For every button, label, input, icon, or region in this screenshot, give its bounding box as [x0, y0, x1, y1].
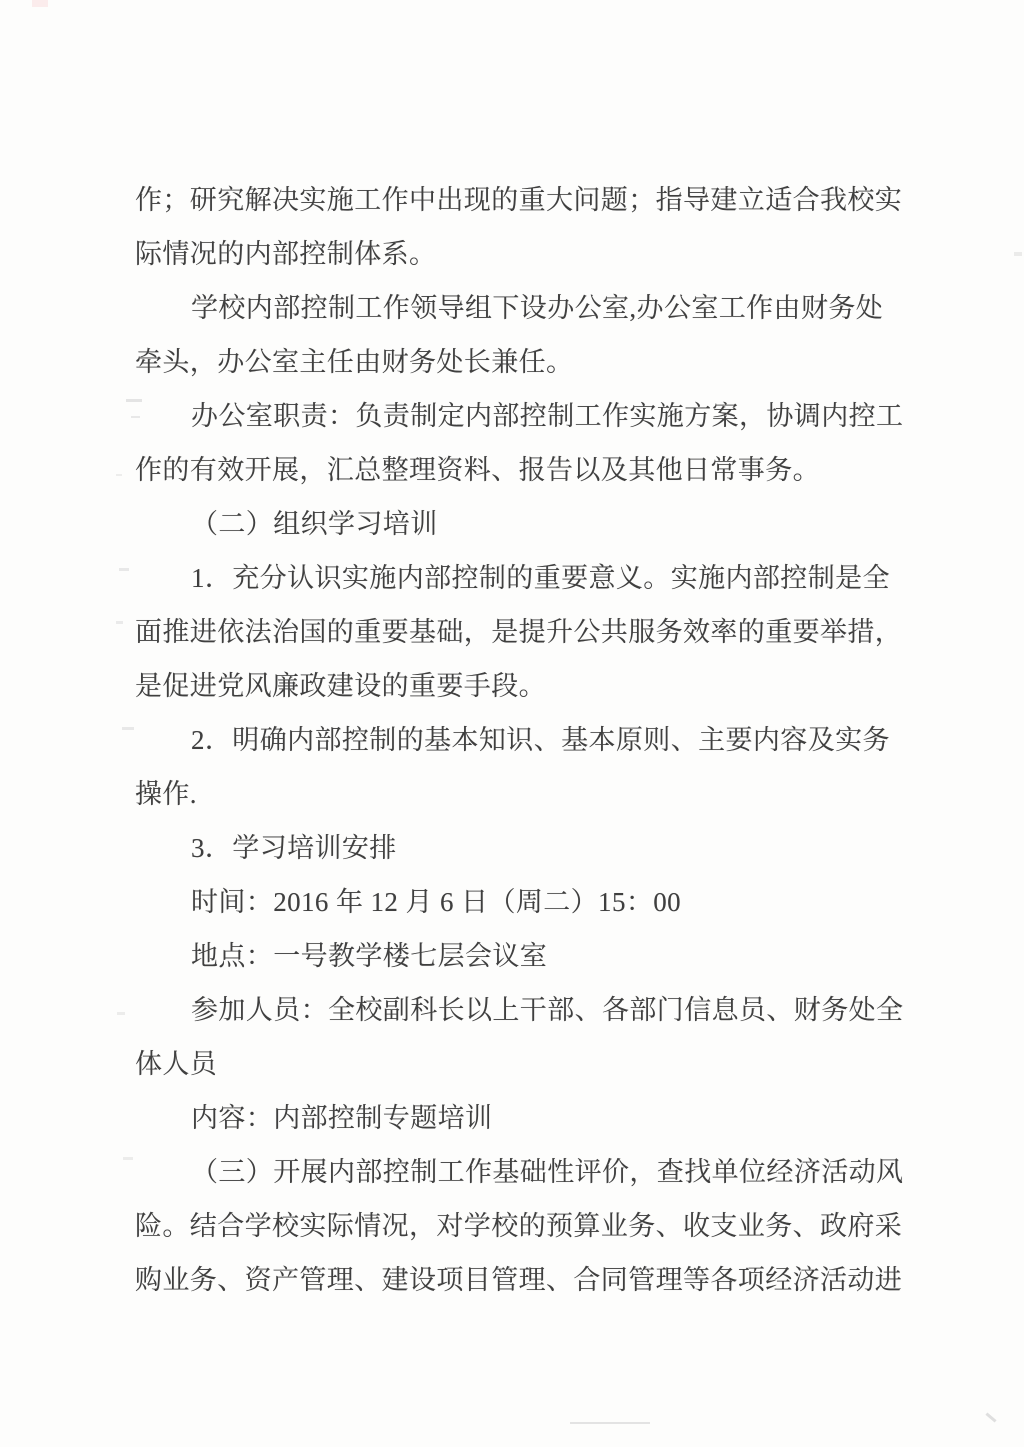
text-line: 体人员: [135, 1037, 917, 1091]
text-line: 牵头，办公室主任由财务处长兼任。: [135, 335, 917, 389]
text-line: 际情况的内部控制体系。: [135, 227, 917, 281]
text-line: 面推进依法治国的重要基础，是提升公共服务效率的重要举措，: [135, 605, 917, 659]
text-line: 是促进党风廉政建设的重要手段。: [135, 659, 917, 713]
scan-artifact: [116, 474, 122, 476]
scan-artifact: [985, 1412, 996, 1422]
text-line: 学校内部控制工作领导组下设办公室,办公室工作由财务处: [135, 281, 917, 335]
text-line: 作；研究解决实施工作中出现的重大问题；指导建立适合我校实: [135, 173, 917, 227]
document-body: 作；研究解决实施工作中出现的重大问题；指导建立适合我校实 际情况的内部控制体系。…: [135, 173, 917, 1307]
text-line: 购业务、资产管理、建设项目管理、合同管理等各项经济活动进: [135, 1253, 917, 1307]
text-line: 3．学习培训安排: [135, 821, 917, 875]
text-line: （三）开展内部控制工作基础性评价，查找单位经济活动风: [135, 1145, 917, 1199]
text-line: 办公室职责：负责制定内部控制工作实施方案，协调内控工: [135, 389, 917, 443]
document-page: 作；研究解决实施工作中出现的重大问题；指导建立适合我校实 际情况的内部控制体系。…: [0, 0, 1024, 1447]
scan-artifact: [123, 1157, 133, 1160]
text-line: 1．充分认识实施内部控制的重要意义。实施内部控制是全: [135, 551, 917, 605]
text-line: 险。结合学校实际情况，对学校的预算业务、收支业务、政府采: [135, 1199, 917, 1253]
text-line: 地点：一号教学楼七层会议室: [135, 929, 917, 983]
text-line: 参加人员：全校副科长以上干部、各部门信息员、财务处全: [135, 983, 917, 1037]
scan-artifact: [119, 568, 129, 571]
scan-artifact: [570, 1422, 650, 1424]
text-line: 内容：内部控制专题培训: [135, 1091, 917, 1145]
text-line: 操作.: [135, 767, 917, 821]
scan-artifact: [117, 1012, 125, 1015]
text-line: 时间：2016 年 12 月 6 日（周二）15：00: [135, 875, 917, 929]
text-line: 作的有效开展，汇总整理资料、报告以及其他日常事务。: [135, 443, 917, 497]
text-line: 2．明确内部控制的基本知识、基本原则、主要内容及实务: [135, 713, 917, 767]
scan-artifact: [1014, 252, 1022, 256]
scan-artifact: [32, 0, 48, 7]
scan-artifact: [116, 621, 123, 624]
text-line: （二）组织学习培训: [135, 497, 917, 551]
scan-artifact: [122, 727, 134, 730]
